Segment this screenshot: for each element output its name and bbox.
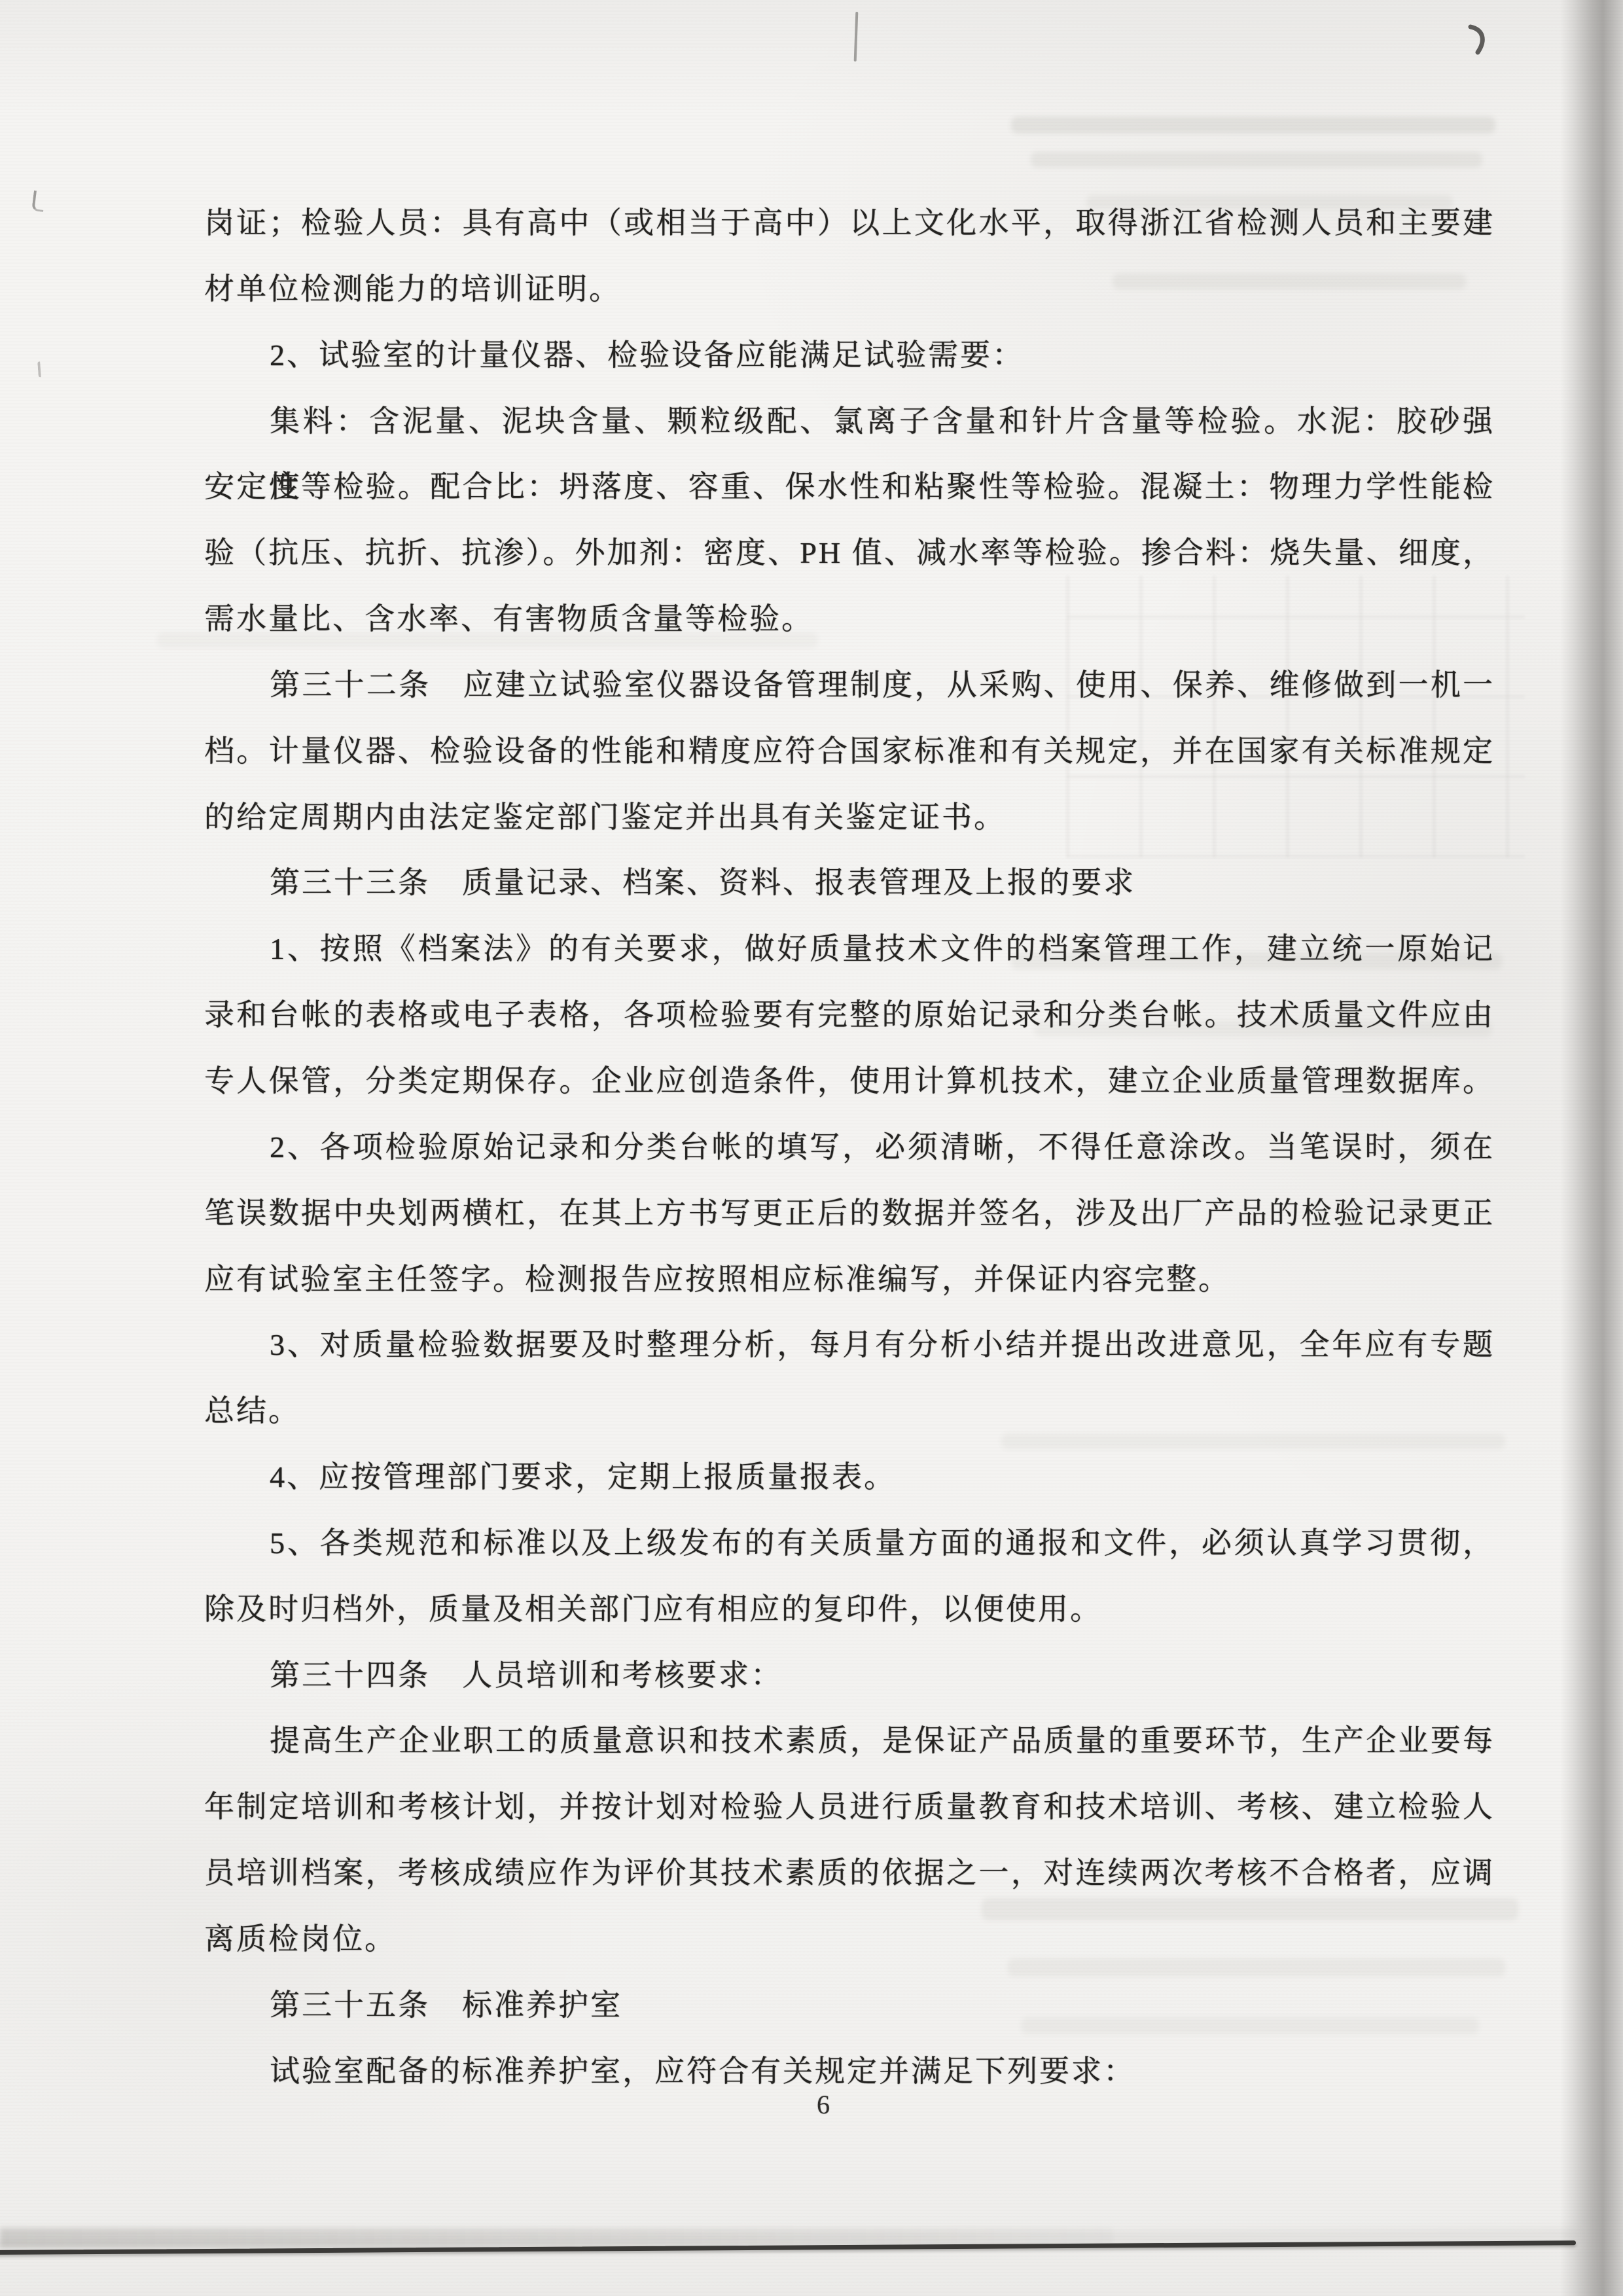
scan-mark-top-right (1465, 22, 1493, 59)
text-line: 试验室配备的标准养护室，应符合有关规定并满足下列要求： (204, 2039, 1495, 2105)
text-line: 2、各项检验原始记录和分类台帐的填写，必须清晰，不得任意涂改。当笔误时，须在 (204, 1115, 1495, 1181)
scan-mark-left-1 (31, 190, 46, 212)
text-line: 5、各类规范和标准以及上级发布的有关质量方面的通报和文件，必须认真学习贯彻， (204, 1511, 1495, 1577)
scan-mark-top-center (854, 12, 859, 62)
text-line: 年制定培训和考核计划，并按计划对检验人员进行质量教育和技术培训、考核、建立检验人 (204, 1774, 1495, 1840)
text-line: 4、应按管理部门要求，定期上报质量报表。 (204, 1444, 1495, 1511)
text-line: 笔误数据中央划两横杠，在其上方书写更正后的数据并签名，涉及出厂产品的检验记录更正 (204, 1181, 1495, 1247)
text-line: 验（抗压、抗折、抗渗）。外加剂：密度、PH 值、减水率等检验。掺合料：烧失量、细… (204, 520, 1495, 586)
text-line: 除及时归档外，质量及相关部门应有相应的复印件，以便使用。 (204, 1577, 1495, 1643)
text-line: 3、对质量检验数据要及时整理分析，每月有分析小结并提出改进意见，全年应有专题 (204, 1312, 1495, 1378)
text-line: 岗证；检验人员：具有高中（或相当于高中）以上文化水平，取得浙江省检测人员和主要建 (204, 190, 1495, 257)
document-body: 岗证；检验人员：具有高中（或相当于高中）以上文化水平，取得浙江省检测人员和主要建… (204, 190, 1495, 2104)
text-line: 1、按照《档案法》的有关要求，做好质量技术文件的档案管理工作，建立统一原始记 (204, 916, 1495, 982)
text-line: 需水量比、含水率、有害物质含量等检验。 (204, 586, 1495, 653)
text-line: 离质检岗位。 (204, 1907, 1495, 1973)
bleedthrough-smudge (1031, 152, 1482, 168)
text-line: 第三十二条 应建立试验室仪器设备管理制度，从采购、使用、保养、维修做到一机一 (204, 653, 1495, 719)
text-line: 应有试验室主任签字。检测报告应按照相应标准编写，并保证内容完整。 (204, 1247, 1495, 1313)
text-line: 安定性等检验。配合比：坍落度、容重、保水性和粘聚性等检验。混凝土：物理力学性能检 (204, 454, 1495, 520)
text-line: 录和台帐的表格或电子表格，各项检验要有完整的原始记录和分类台帐。技术质量文件应由 (204, 982, 1495, 1049)
scan-mark-left-2 (37, 361, 49, 377)
text-line: 员培训档案，考核成绩应作为评价其技术素质的依据之一，对连续两次考核不合格者，应调 (204, 1840, 1495, 1907)
text-line: 的给定周期内由法定鉴定部门鉴定并出具有关鉴定证书。 (204, 785, 1495, 851)
text-line: 材单位检测能力的培训证明。 (204, 257, 1495, 323)
page-number: 6 (817, 2089, 830, 2120)
text-line: 专人保管，分类定期保存。企业应创造条件，使用计算机技术，建立企业质量管理数据库。 (204, 1049, 1495, 1115)
text-line: 总结。 (204, 1378, 1495, 1444)
text-line: 提高生产企业职工的质量意识和技术素质，是保证产品质量的重要环节，生产企业要每 (204, 1708, 1495, 1774)
text-line: 第三十五条 标准养护室 (204, 1973, 1495, 2039)
text-line: 第三十三条 质量记录、档案、资料、报表管理及上报的要求 (204, 850, 1495, 916)
text-line: 集料：含泥量、泥块含量、颗粒级配、氯离子含量和针片含量等检验。水泥：胶砂强度、 (204, 389, 1495, 455)
scan-right-edge-shadow (1560, 0, 1623, 2296)
text-line: 第三十四条 人员培训和考核要求： (204, 1643, 1495, 1709)
text-line: 档。计量仪器、检验设备的性能和精度应符合国家标准和有关规定，并在国家有关标准规定 (204, 719, 1495, 785)
bleedthrough-smudge (1011, 117, 1495, 134)
text-line: 2、试验室的计量仪器、检验设备应能满足试验需要： (204, 323, 1495, 389)
scanned-page: 岗证；检验人员：具有高中（或相当于高中）以上文化水平，取得浙江省检测人员和主要建… (0, 0, 1623, 2296)
pen-squiggle-icon (1465, 22, 1493, 59)
